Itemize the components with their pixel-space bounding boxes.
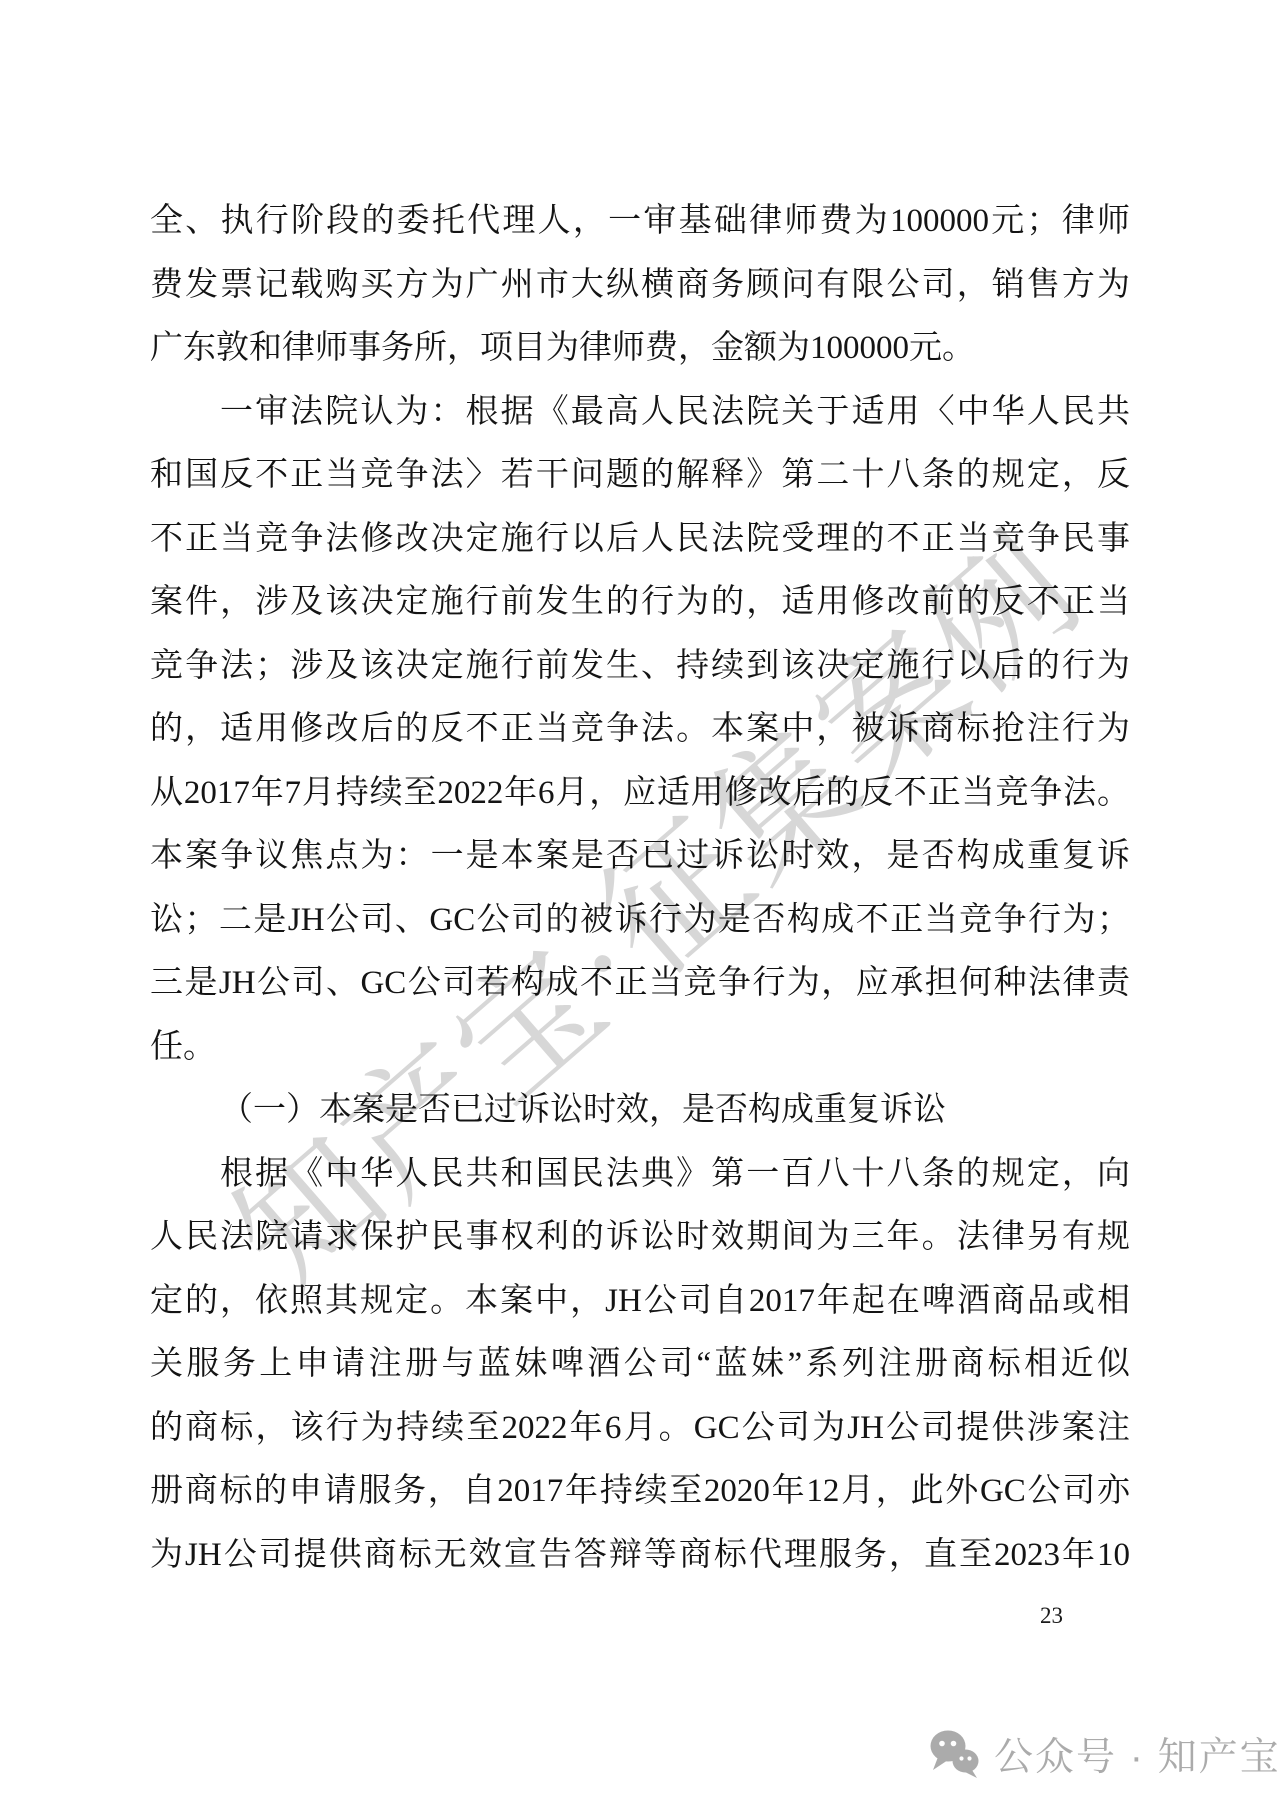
text-line: 定的，依照其规定。本案中，JH公司自2017年起在啤酒商品或相 [150, 1270, 1130, 1334]
text-line: 根据《中华人民共和国民法典》第一百八十八条的规定，向 [150, 1143, 1130, 1207]
text-line: 竞争法；涉及该决定施行前发生、持续到该决定施行以后的行为 [150, 635, 1130, 699]
text-line: 案件，涉及该决定施行前发生的行为的，适用修改前的反不正当 [150, 571, 1130, 635]
page-number: 23 [1040, 1603, 1063, 1629]
text-line: 从2017年7月持续至2022年6月，应适用修改后的反不正当竞争法。 [150, 762, 1130, 826]
text-line: 全、执行阶段的委托代理人，一审基础律师费为100000元；律师 [150, 190, 1130, 254]
footer-account-label: 公众号 · 知产宝 [994, 1726, 1280, 1782]
text-line: 一审法院认为：根据《最高人民法院关于适用〈中华人民共 [150, 381, 1130, 445]
wechat-icon [928, 1729, 980, 1779]
text-line: 关服务上申请注册与蓝妹啤酒公司“蓝妹”系列注册商标相近似 [150, 1333, 1130, 1397]
text-line: 为JH公司提供商标无效宣告答辩等商标代理服务，直至2023年10 [150, 1524, 1130, 1588]
document-page: 知产宝·征集案例 全、执行阶段的委托代理人，一审基础律师费为100000元；律师… [0, 0, 1280, 1810]
footer: 公众号 · 知产宝 [928, 1726, 1280, 1782]
text-line: 和国反不正当竞争法〉若干问题的解释》第二十八条的规定，反 [150, 444, 1130, 508]
text-line: 的，适用修改后的反不正当竞争法。本案中，被诉商标抢注行为 [150, 698, 1130, 762]
text-line: 本案争议焦点为：一是本案是否已过诉讼时效，是否构成重复诉 [150, 825, 1130, 889]
text-line: 的商标，该行为持续至2022年6月。GC公司为JH公司提供涉案注 [150, 1397, 1130, 1461]
text-line: 不正当竞争法修改决定施行以后人民法院受理的不正当竞争民事 [150, 508, 1130, 572]
text-line: 册商标的申请服务，自2017年持续至2020年12月，此外GC公司亦 [150, 1460, 1130, 1524]
text-line: 人民法院请求保护民事权利的诉讼时效期间为三年。法律另有规 [150, 1206, 1130, 1270]
document-body: 全、执行阶段的委托代理人，一审基础律师费为100000元；律师费发票记载购买方为… [150, 190, 1130, 1587]
text-line: 广东敦和律师事务所，项目为律师费，金额为100000元。 [150, 317, 1130, 381]
text-line: 讼；二是JH公司、GC公司的被诉行为是否构成不正当竞争行为； [150, 889, 1130, 953]
text-line: 费发票记载购买方为广州市大纵横商务顾问有限公司，销售方为 [150, 254, 1130, 318]
text-line: 任。 [150, 1016, 1130, 1080]
text-line: 三是JH公司、GC公司若构成不正当竞争行为，应承担何种法律责 [150, 952, 1130, 1016]
text-line: （一）本案是否已过诉讼时效，是否构成重复诉讼 [150, 1079, 1130, 1143]
